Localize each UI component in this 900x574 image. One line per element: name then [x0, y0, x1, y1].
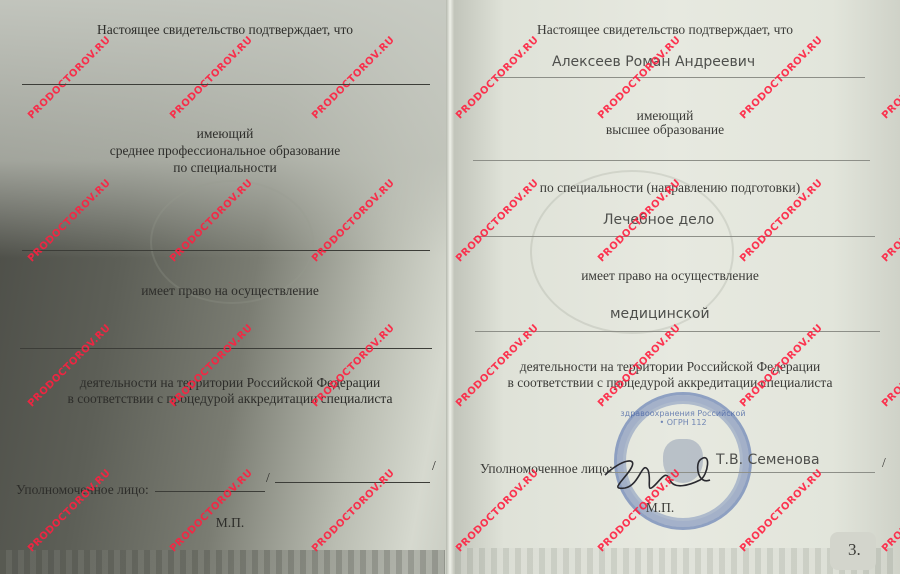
right-right-to: имеет право на осуществление — [450, 268, 890, 284]
left-education: среднее профессиональное образование — [0, 143, 450, 159]
left-name-line — [22, 84, 430, 85]
right-name-line — [495, 77, 865, 78]
left-activity-line1: деятельности на территории Российской Фе… — [0, 375, 450, 391]
right-activity-line2: в соответствии с процедурой аккредитации… — [450, 375, 890, 391]
left-specialty-line — [22, 250, 430, 251]
left-slash-2: / — [432, 458, 436, 474]
left-right-to: имеет право на осуществление — [0, 283, 450, 299]
right-specialty-line — [475, 236, 875, 237]
specialty-value: Лечебное дело — [603, 212, 714, 228]
left-having: имеющий — [0, 126, 450, 142]
right-activity-line1: деятельности на территории Российской Фе… — [450, 359, 890, 375]
right-authorized-label: Уполномоченное лицо: — [480, 461, 613, 477]
page-number: 3. — [848, 540, 861, 560]
book-spine — [446, 0, 454, 574]
left-activity-line2: в соответствии с процедурой аккредитации… — [0, 391, 450, 407]
right-education: высшее образование — [450, 122, 880, 138]
stamp-text: здравоохранения Российской • ОГРН 112 — [617, 409, 749, 427]
left-signature-line — [155, 491, 265, 492]
right-education-line — [473, 160, 870, 161]
left-by-specialty: по специальности — [0, 160, 450, 176]
left-name-line-sign — [275, 482, 430, 483]
left-slash-1: / — [266, 470, 270, 486]
authorized-person-name: Т.В. Семенова — [716, 452, 820, 468]
right-ornament-border — [455, 548, 895, 574]
left-ornament-border — [0, 550, 445, 574]
left-header: Настоящее свидетельство подтверждает, чт… — [0, 22, 450, 38]
right-slash: / — [882, 455, 886, 471]
activity-type-value: медицинской — [610, 306, 710, 322]
